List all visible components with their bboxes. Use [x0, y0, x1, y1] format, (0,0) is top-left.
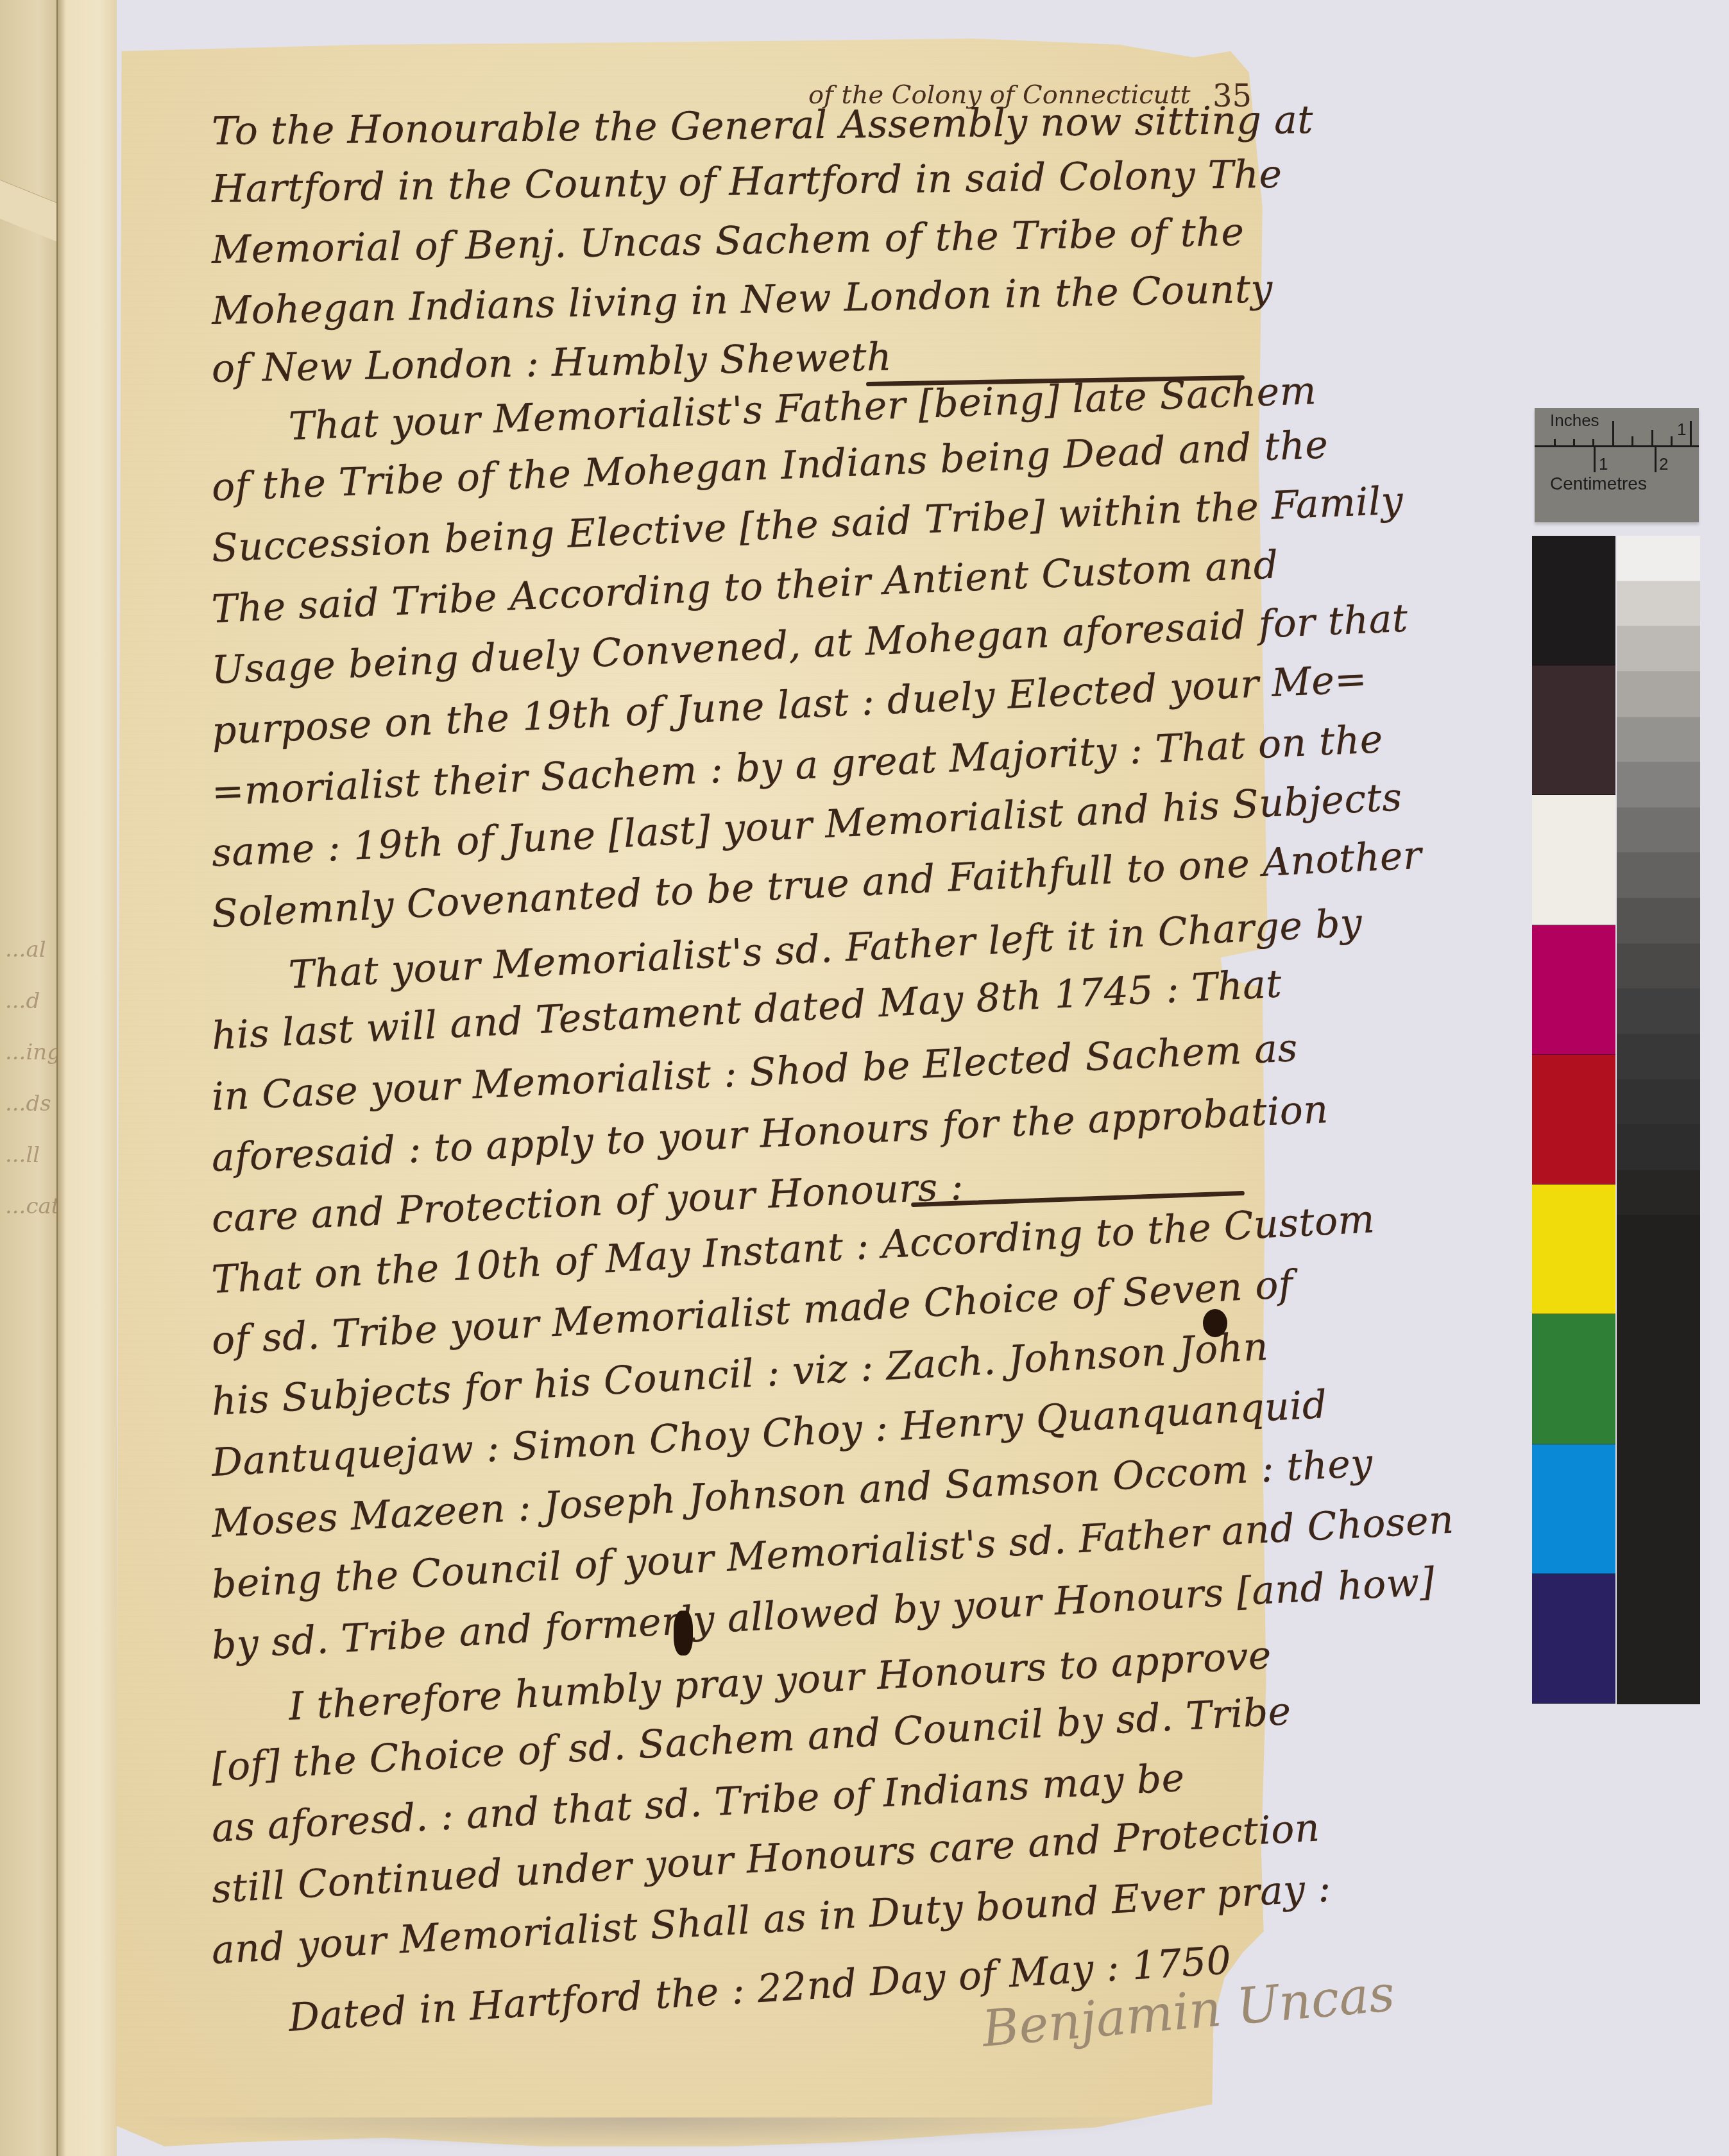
ruler-baseline [1535, 445, 1699, 447]
bleed-through-text: ...al [5, 937, 56, 963]
ruler-tick [1554, 439, 1556, 447]
ruler-tick [1655, 447, 1657, 472]
grey-step [1617, 1125, 1700, 1170]
grey-step [1617, 1034, 1700, 1080]
ruler-cm-mark: 2 [1659, 454, 1668, 474]
grey-step [1617, 581, 1700, 627]
ruler-tick [1573, 439, 1575, 447]
ruler-tick [1671, 436, 1673, 447]
grey-step [1617, 762, 1700, 808]
grey-step [1617, 536, 1700, 581]
swatch-dark-brown [1532, 665, 1615, 795]
grey-step [1617, 808, 1700, 853]
ruler-tick [1612, 421, 1614, 447]
scale-ruler: Inches 1 1 2 Centimetres [1535, 408, 1699, 522]
ruler-tick [1690, 421, 1692, 447]
swatch-blue [1532, 1574, 1615, 1704]
grey-step [1617, 672, 1700, 717]
ink-blot [1203, 1309, 1227, 1337]
ink-blot [674, 1611, 693, 1656]
bleed-through-text: ...ll [5, 1142, 56, 1168]
binding-gutter [56, 0, 117, 2156]
ruler-tick [1651, 430, 1653, 447]
ruler-tick [1592, 439, 1594, 447]
color-swatch-column [1532, 536, 1615, 1704]
ruler-inches-label: Inches [1550, 411, 1599, 431]
grey-step [1617, 1215, 1700, 1704]
swatch-yellow [1532, 1185, 1615, 1314]
grey-step [1617, 944, 1700, 989]
swatch-white [1532, 795, 1615, 925]
bleed-through-text: ...d [5, 988, 56, 1014]
grey-step [1617, 989, 1700, 1034]
swatch-magenta [1532, 925, 1615, 1055]
adjacent-page-edge [0, 0, 64, 2156]
swatch-cyan [1532, 1444, 1615, 1574]
bleed-through-text: ...cat [5, 1193, 56, 1219]
ruler-centimetres-label: Centimetres [1550, 474, 1647, 494]
greyscale-column [1617, 536, 1700, 1704]
grey-step [1617, 1080, 1700, 1125]
ruler-cm-mark: 1 [1599, 454, 1608, 474]
color-calibration-target [1532, 536, 1702, 1704]
grey-step [1617, 1170, 1700, 1216]
page-shadow [122, 2117, 1180, 2150]
ruler-tick [1631, 436, 1633, 447]
bleed-through-text: ...ing [5, 1039, 56, 1065]
grey-step [1617, 853, 1700, 898]
grey-step [1617, 898, 1700, 944]
grey-step [1617, 717, 1700, 763]
grey-step [1617, 626, 1700, 672]
ruler-tick [1594, 447, 1596, 472]
ruler-inch-mark: 1 [1677, 420, 1686, 440]
bleed-through-text: ...ds [5, 1091, 56, 1116]
swatch-black [1532, 536, 1615, 665]
swatch-green [1532, 1314, 1615, 1444]
swatch-red [1532, 1055, 1615, 1185]
